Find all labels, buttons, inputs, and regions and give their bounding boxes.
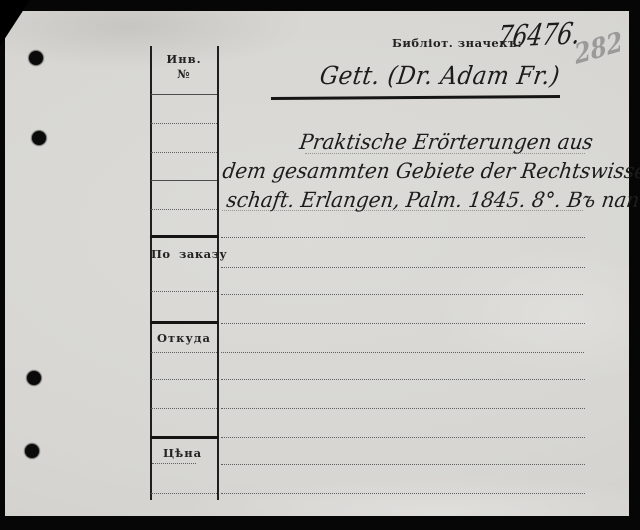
ruled-line bbox=[151, 209, 217, 210]
section-divider bbox=[150, 436, 219, 439]
label-inventory: Инв. bbox=[151, 52, 217, 66]
label-by-order: По заказу bbox=[151, 247, 217, 261]
title-line-1: Praktische Erörterungen aus bbox=[298, 130, 595, 154]
ruled-line bbox=[151, 291, 217, 292]
ruled-line bbox=[221, 437, 585, 438]
ruled-line bbox=[151, 180, 217, 181]
ruled-line bbox=[221, 323, 585, 324]
library-stamp-number-handwritten: 76476. bbox=[495, 16, 583, 55]
author-heading-handwritten: Gett. (Dr. Adam Fr.) bbox=[318, 61, 562, 90]
ruled-line bbox=[151, 493, 217, 494]
punch-hole bbox=[32, 131, 46, 145]
label-price: Цѣна bbox=[163, 446, 202, 460]
ruled-line bbox=[221, 237, 585, 238]
punch-hole bbox=[29, 51, 43, 65]
ruled-line bbox=[221, 379, 585, 380]
ruled-line bbox=[151, 352, 217, 353]
ruled-line bbox=[151, 123, 217, 124]
ruled-line bbox=[221, 352, 584, 353]
scanned-catalog-card-page: Инв. № По заказу Откуда Цѣна Библіот. зн… bbox=[0, 0, 640, 530]
punch-hole bbox=[27, 371, 41, 385]
label-inventory-no: № bbox=[151, 67, 217, 81]
ruled-line bbox=[152, 463, 196, 464]
ruled-line bbox=[151, 152, 217, 153]
ruled-line bbox=[221, 294, 583, 295]
section-divider bbox=[150, 235, 219, 238]
section-divider bbox=[150, 321, 219, 324]
column-left-rule bbox=[150, 46, 152, 500]
title-line-2: dem gesammten Gebiete der Rechtswissen- bbox=[221, 159, 640, 183]
label-from-where: Откуда bbox=[151, 331, 217, 345]
ruled-line bbox=[221, 408, 585, 409]
ruled-line bbox=[221, 493, 585, 494]
ruled-line bbox=[221, 464, 585, 465]
title-line-3: schaft. Erlangen, Palm. 1845. 8°. Въ пап… bbox=[225, 188, 640, 212]
ruled-line bbox=[151, 408, 217, 409]
ruled-line bbox=[151, 94, 217, 95]
column-right-rule bbox=[217, 46, 219, 500]
ruled-line bbox=[221, 267, 585, 268]
ruled-line bbox=[151, 379, 217, 380]
punch-hole bbox=[25, 444, 39, 458]
